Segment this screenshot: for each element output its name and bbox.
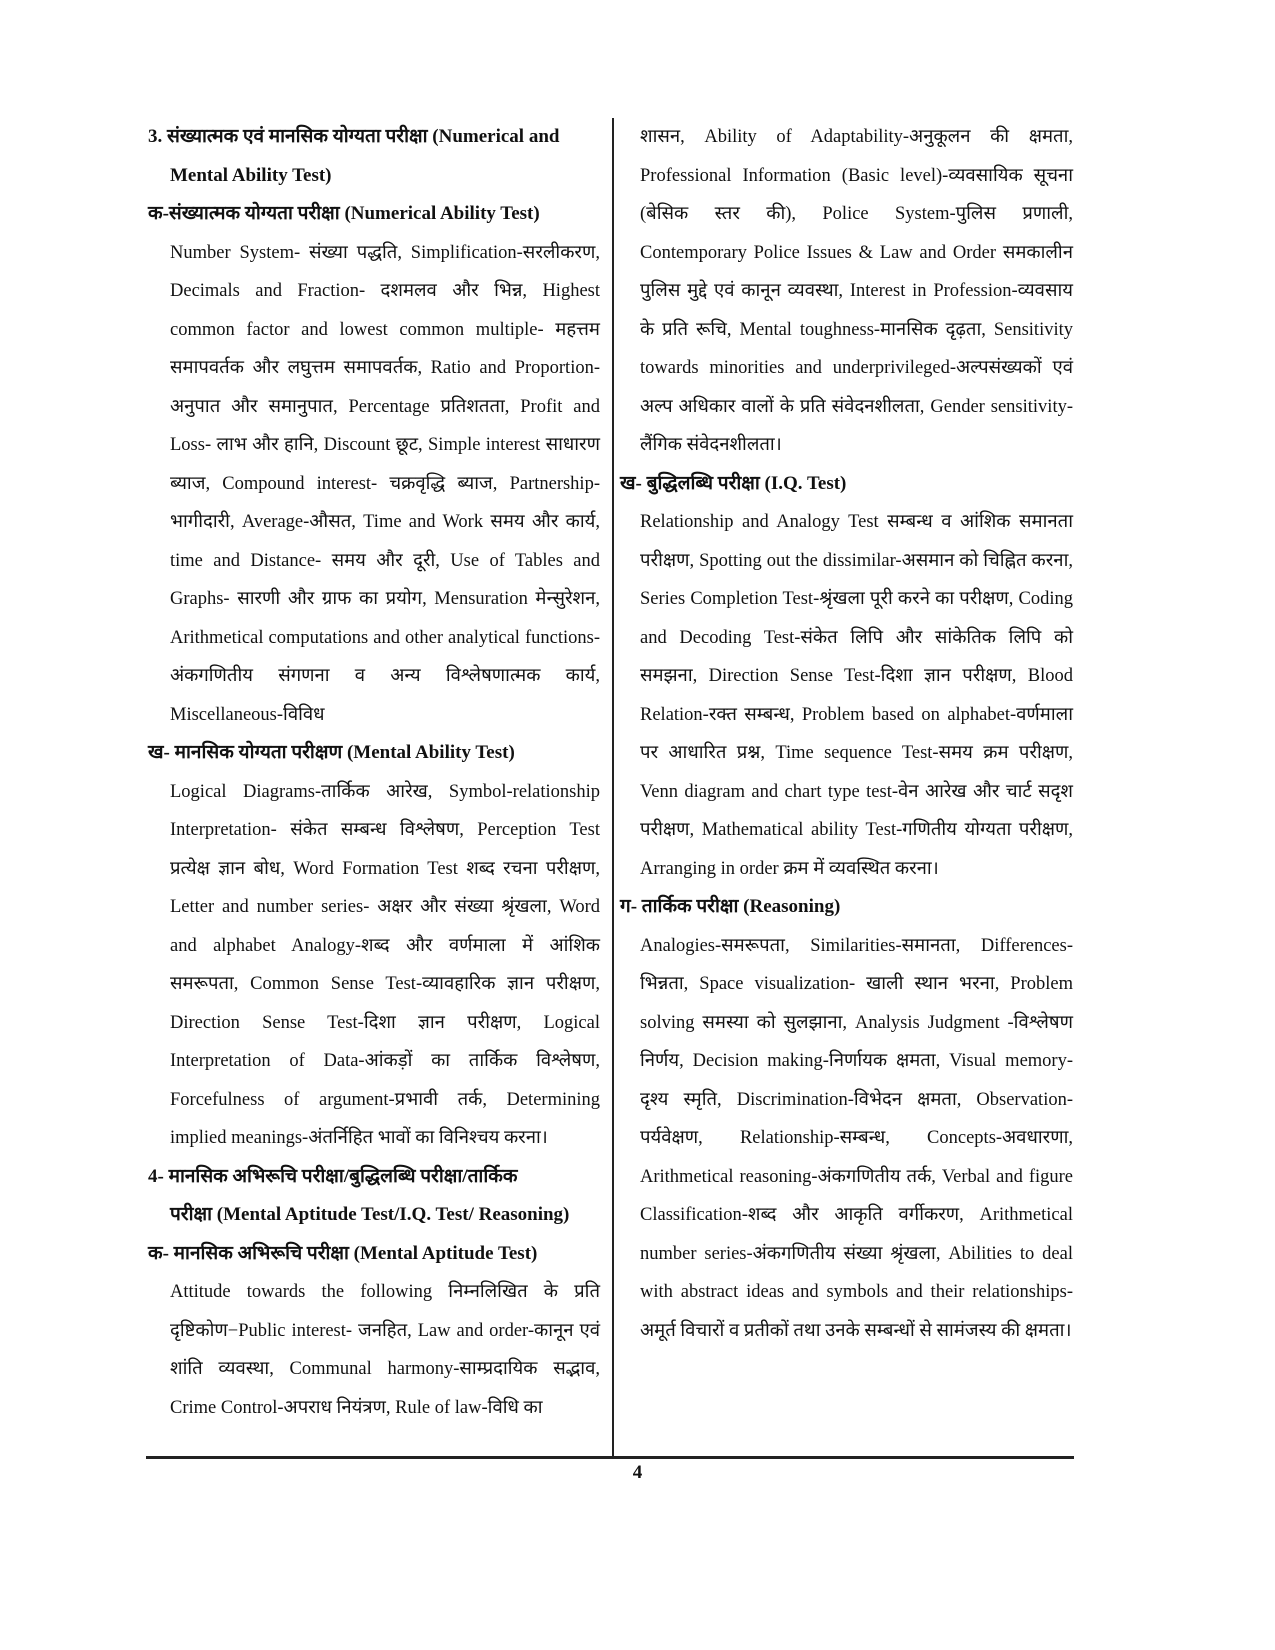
numerical-ability-heading: क-संख्यात्मक योग्यता परीक्षा (Numerical … <box>148 195 600 234</box>
section-4-heading-line2: परीक्षा (Mental Aptitude Test/I.Q. Test/… <box>148 1196 600 1235</box>
iq-test-heading: ख- बुद्धिलब्धि परीक्षा (I.Q. Test) <box>620 465 1073 504</box>
right-column: शासन, Ability of Adaptability-अनुकूलन की… <box>640 118 1073 1350</box>
reasoning-heading: ग- तार्किक परीक्षा (Reasoning) <box>620 888 1073 927</box>
section-4-heading-line1: 4- मानसिक अभिरूचि परीक्षा/बुद्धिलब्धि पर… <box>148 1158 600 1197</box>
left-column: 3. संख्यात्मक एवं मानसिक योग्यता परीक्षा… <box>148 118 600 1427</box>
mental-aptitude-heading: क- मानसिक अभिरूचि परीक्षा (Mental Aptitu… <box>148 1235 600 1274</box>
mental-aptitude-body: Attitude towards the following निम्नलिखि… <box>148 1273 600 1427</box>
section-3-heading: 3. संख्यात्मक एवं मानसिक योग्यता परीक्षा… <box>148 118 600 195</box>
iq-test-body: Relationship and Analogy Test सम्बन्ध व … <box>640 503 1073 888</box>
footer-rule <box>146 1456 1074 1459</box>
numerical-ability-body: Number System- संख्या पद्धति, Simplifica… <box>148 234 600 735</box>
column-divider <box>612 118 614 1458</box>
page-number: 4 <box>0 1462 1275 1484</box>
mental-aptitude-body-continued: शासन, Ability of Adaptability-अनुकूलन की… <box>640 118 1073 465</box>
reasoning-body: Analogies-समरूपता, Similarities-समानता, … <box>640 927 1073 1351</box>
mental-ability-body: Logical Diagrams-तार्किक आरेख, Symbol-re… <box>148 773 600 1158</box>
mental-ability-heading: ख- मानसिक योग्यता परीक्षण (Mental Abilit… <box>148 734 600 773</box>
